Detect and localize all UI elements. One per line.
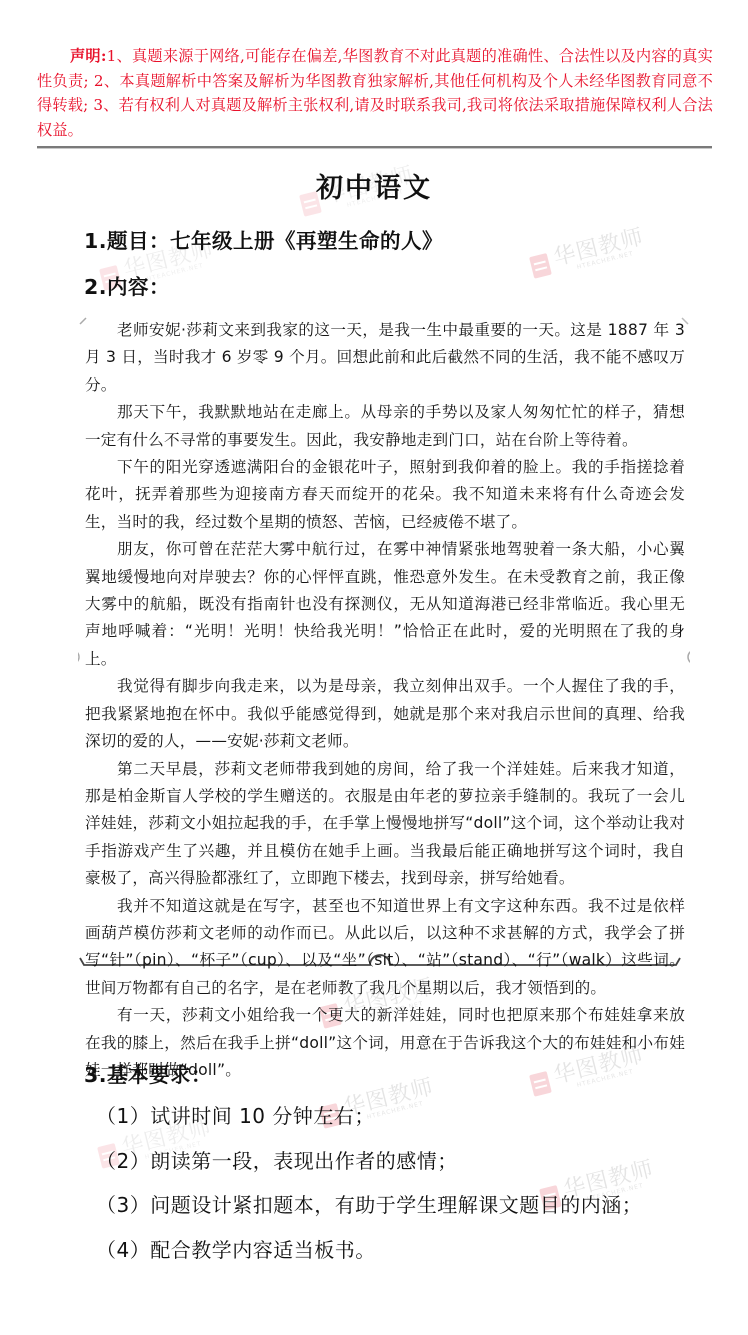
- requirement-item: （2）朗读第一段，表现出作者的感情；: [96, 1149, 736, 1173]
- frame-notch-left: [78, 650, 79, 664]
- passage-paragraph: 朋友，你可曾在茫茫大雾中航行过，在雾中神情紧张地驾驶着一条大船，小心翼翼地缓慢地…: [85, 536, 685, 673]
- requirement-item: （1）试讲时间 10 分钟左右；: [96, 1104, 736, 1128]
- requirement-item: （4）配合教学内容适当板书。: [96, 1238, 736, 1262]
- passage-paragraph: 我并不知道这就是在写字，甚至也不知道世界上有文字这种东西。我不过是依样画葫芦模仿…: [85, 893, 685, 1003]
- passage-paragraph: 老师安妮·莎莉文来到我家的这一天，是我一生中最重要的一天。这是 1887 年 3…: [85, 317, 685, 399]
- passage-paragraph: 我觉得有脚步向我走来，以为是母亲，我立刻伸出双手。一个人握住了我的手，把我紧紧地…: [85, 673, 685, 755]
- topic-heading: 1.题目：七年级上册《再塑生命的人》: [84, 224, 443, 254]
- disclaimer-lead: 声明:: [70, 47, 107, 65]
- watermark-text: 华图教师: [552, 226, 647, 270]
- disclaimer: 声明:1、真题来源于网络,可能存在偏差,华图教育不对此真题的准确性、合法性以及内…: [37, 44, 713, 142]
- page-title: 初中语文: [0, 166, 748, 205]
- requirement-item: （3）问题设计紧扣题本，有助于学生理解课文题目的内涵；: [96, 1193, 736, 1217]
- watermark: 华图教师HTEACHER.NET: [528, 226, 647, 281]
- requirements-heading: 3.基本要求：: [84, 1058, 212, 1088]
- frame-notch-right: [688, 650, 690, 664]
- requirements-list: （1）试讲时间 10 分钟左右； （2）朗读第一段，表现出作者的感情； （3）问…: [96, 1104, 736, 1282]
- passage: 老师安妮·莎莉文来到我家的这一天，是我一生中最重要的一天。这是 1887 年 3…: [85, 317, 685, 1084]
- huatu-logo-icon: [529, 253, 552, 279]
- disclaimer-text: 1、真题来源于网络,可能存在偏差,华图教育不对此真题的准确性、合法性以及内容的真…: [37, 47, 713, 139]
- passage-paragraph: 下午的阳光穿透遮满阳台的金银花叶子，照射到我仰着的脸上。我的手指搓捻着花叶，抚弄…: [85, 454, 685, 536]
- passage-paragraph: 那天下午，我默默地站在走廊上。从母亲的手势以及家人匆匆忙忙的样子，猜想一定有什么…: [85, 399, 685, 454]
- passage-paragraph: 第二天早晨，莎莉文老师带我到她的房间，给了我一个洋娃娃。后来我才知道，那是柏金斯…: [85, 756, 685, 893]
- divider: [37, 146, 712, 149]
- watermark-subtext: HTEACHER.NET: [576, 248, 647, 271]
- content-heading: 2.内容：: [84, 270, 170, 300]
